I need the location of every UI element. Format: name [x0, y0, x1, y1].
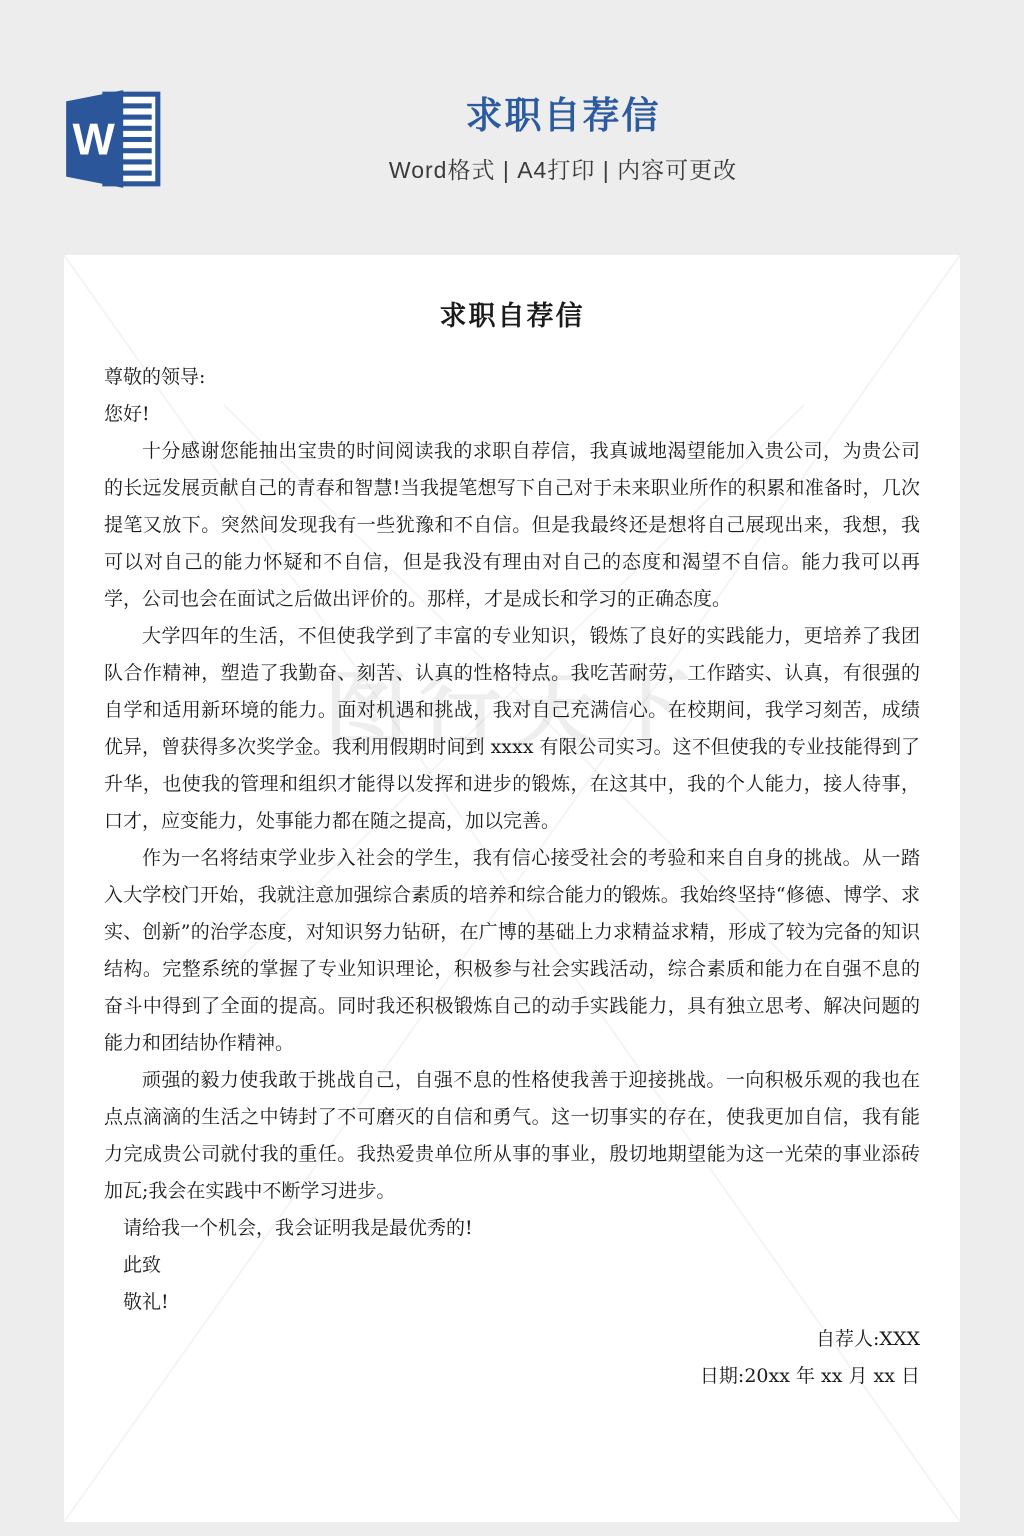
paragraph-1: 十分感谢您能抽出宝贵的时间阅读我的求职自荐信，我真诚地渴望能加入贵公司，为贵公司… [104, 433, 920, 618]
greeting: 您好! [104, 396, 920, 433]
paragraph-2: 大学四年的生活，不但使我学到了丰富的专业知识，锻炼了良好的实践能力，更培养了我团… [104, 618, 920, 840]
paragraph-4: 顽强的毅力使我敢于挑战自己，自强不息的性格使我善于迎接挑战。一向积极乐观的我也在… [104, 1062, 920, 1210]
document-page: 图行天下 求职自荐信 尊敬的领导: 您好! 十分感谢您能抽出宝贵的时间阅读我的求… [64, 255, 960, 1522]
salutation: 尊敬的领导: [104, 359, 920, 396]
signature-date: 日期:20xx 年 xx 月 xx 日 [104, 1358, 920, 1395]
header-text: 求职自荐信 Word格式 | A4打印 | 内容可更改 [51, 96, 1024, 185]
page-subtitle: Word格式 | A4打印 | 内容可更改 [51, 152, 1024, 185]
closing-salute: 敬礼! [104, 1284, 920, 1321]
letter-body: 求职自荐信 尊敬的领导: 您好! 十分感谢您能抽出宝贵的时间阅读我的求职自荐信，… [64, 255, 960, 1395]
closing-request: 请给我一个机会，我会证明我是最优秀的! [104, 1210, 920, 1247]
template-header: W 求职自荐信 Word格式 | A4打印 | 内容可更改 [0, 0, 1024, 255]
letter-title: 求职自荐信 [104, 295, 920, 339]
paragraph-3: 作为一名将结束学业步入社会的学生，我有信心接受社会的考验和来自自身的挑战。从一踏… [104, 840, 920, 1062]
closing-valediction: 此致 [104, 1247, 920, 1284]
page-title: 求职自荐信 [51, 96, 1024, 136]
signature-name: 自荐人:XXX [104, 1321, 920, 1358]
screen: W 求职自荐信 Word格式 | A4打印 | 内容可更改 图行天下 求职自荐信… [0, 0, 1024, 1536]
